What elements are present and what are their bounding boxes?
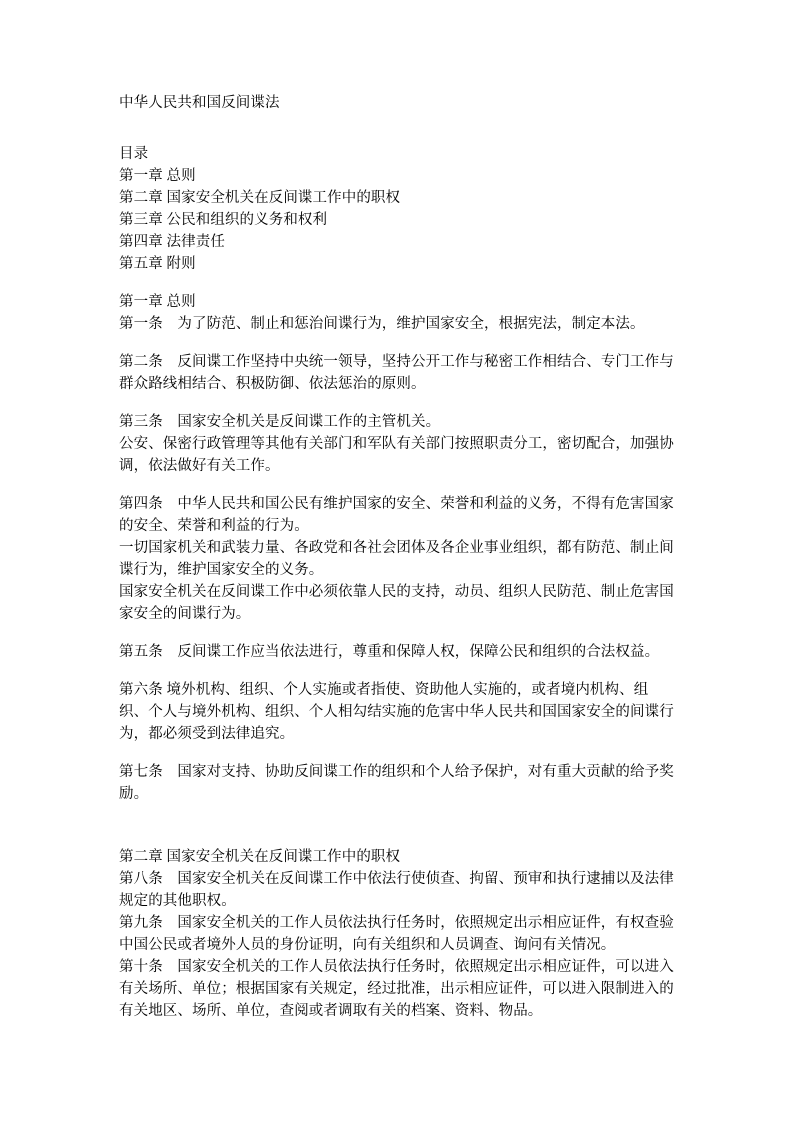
article-8-text: 第八条 国家安全机关在反间谍工作中依法行使侦查、拘留、预审和执行逮捕以及法律规定… <box>119 868 677 912</box>
article-6-block: 第六条 境外机构、组织、个人实施或者指使、资助他人实施的，或者境内机构、组织、个… <box>119 679 677 745</box>
article-5-block: 第五条 反间谍工作应当依法进行，尊重和保障人权，保障公民和组织的合法权益。 <box>119 641 677 663</box>
article-6-text: 第六条 境外机构、组织、个人实施或者指使、资助他人实施的，或者境内机构、组织、个… <box>119 679 677 745</box>
article-7-text: 第七条 国家对支持、协助反间谍工作的组织和个人给予保护，对有重大贡献的给予奖励。 <box>119 761 677 805</box>
document-page: 中华人民共和国反间谍法 目录 第一章 总则 第二章 国家安全机关在反间谍工作中的… <box>0 0 793 1122</box>
article-10-text: 第十条 国家安全机关的工作人员依法执行任务时，依照规定出示相应证件，可以进入有关… <box>119 956 677 1022</box>
chapter-1-block: 第一章 总则 第一条 为了防范、制止和惩治间谍行为，维护国家安全，根据宪法，制定… <box>119 291 677 335</box>
article-3-paragraph-2: 公安、保密行政管理等其他有关部门和军队有关部门按照职责分工，密切配合，加强协调，… <box>119 433 677 477</box>
toc-item-chapter-5: 第五章 附则 <box>119 253 677 275</box>
article-9-text: 第九条 国家安全机关的工作人员依法执行任务时，依照规定出示相应证件，有权查验中国… <box>119 912 677 956</box>
toc-item-chapter-2: 第二章 国家安全机关在反间谍工作中的职权 <box>119 187 677 209</box>
article-4-paragraph-2: 一切国家机关和武装力量、各政党和各社会团体及各企业事业组织，都有防范、制止间谍行… <box>119 537 677 581</box>
article-3-block: 第三条 国家安全机关是反间谍工作的主管机关。 公安、保密行政管理等其他有关部门和… <box>119 411 677 477</box>
chapter-2-block: 第二章 国家安全机关在反间谍工作中的职权 第八条 国家安全机关在反间谍工作中依法… <box>119 846 677 1022</box>
article-2-block: 第二条 反间谍工作坚持中央统一领导，坚持公开工作与秘密工作相结合、专门工作与群众… <box>119 351 677 395</box>
article-4-paragraph-3: 国家安全机关在反间谍工作中必须依靠人民的支持，动员、组织人民防范、制止危害国家安… <box>119 581 677 625</box>
article-2-text: 第二条 反间谍工作坚持中央统一领导，坚持公开工作与秘密工作相结合、专门工作与群众… <box>119 351 677 395</box>
article-4-text: 第四条 中华人民共和国公民有维护国家的安全、荣誉和利益的义务，不得有危害国家的安… <box>119 493 677 537</box>
article-5-text: 第五条 反间谍工作应当依法进行，尊重和保障人权，保障公民和组织的合法权益。 <box>119 641 677 663</box>
title-block: 中华人民共和国反间谍法 <box>119 92 677 114</box>
article-4-block: 第四条 中华人民共和国公民有维护国家的安全、荣誉和利益的义务，不得有危害国家的安… <box>119 493 677 625</box>
chapter-2-heading: 第二章 国家安全机关在反间谍工作中的职权 <box>119 846 677 868</box>
toc-item-chapter-4: 第四章 法律责任 <box>119 231 677 253</box>
chapter-1-heading: 第一章 总则 <box>119 291 677 313</box>
toc-item-chapter-3: 第三章 公民和组织的义务和权利 <box>119 209 677 231</box>
toc-block: 目录 第一章 总则 第二章 国家安全机关在反间谍工作中的职权 第三章 公民和组织… <box>119 143 677 275</box>
article-3-text: 第三条 国家安全机关是反间谍工作的主管机关。 <box>119 411 677 433</box>
article-7-block: 第七条 国家对支持、协助反间谍工作的组织和个人给予保护，对有重大贡献的给予奖励。 <box>119 761 677 805</box>
article-1-text: 第一条 为了防范、制止和惩治间谍行为，维护国家安全，根据宪法，制定本法。 <box>119 313 677 335</box>
document-title: 中华人民共和国反间谍法 <box>119 92 677 114</box>
toc-item-chapter-1: 第一章 总则 <box>119 165 677 187</box>
toc-heading: 目录 <box>119 143 677 165</box>
